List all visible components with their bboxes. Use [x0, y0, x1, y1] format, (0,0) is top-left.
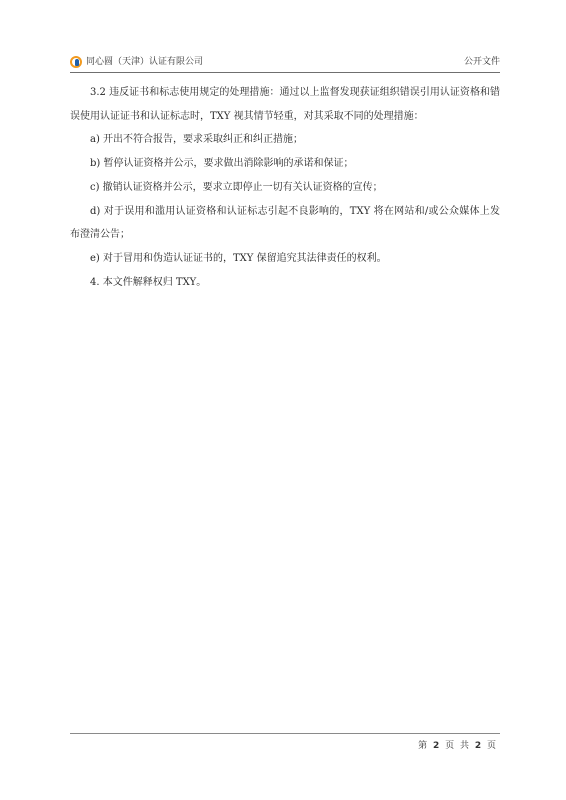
paragraph-4: 4. 本文件解释权归 TXY。: [70, 271, 500, 295]
list-item-b: b) 暂停认证资格并公示，要求做出消除影响的承诺和保证；: [70, 152, 500, 176]
page-mid: 页 共: [445, 741, 469, 751]
paragraph-3-2: 3.2 违反证书和标志使用规定的处理措施：通过以上监督发现获证组织错误引用认证资…: [70, 81, 500, 128]
page-prefix: 第: [418, 741, 427, 751]
current-page: 2: [433, 741, 439, 751]
page-suffix: 页: [487, 741, 496, 751]
page-footer: 第 2 页 共 2 页: [70, 733, 500, 734]
list-item-d: d) 对于误用和滥用认证资格和认证标志引起不良影响的，TXY 将在网站和/或公众…: [70, 200, 500, 247]
logo-inner-figure: [75, 59, 79, 66]
total-pages: 2: [475, 741, 481, 751]
list-item-e: e) 对于冒用和伪造认证证书的，TXY 保留追究其法律责任的权利。: [70, 247, 500, 271]
page-number: 第 2 页 共 2 页: [418, 741, 496, 752]
tongxinyuan-logo-icon: [70, 56, 82, 68]
list-item-a: a) 开出不符合报告，要求采取纠正和纠正措施；: [70, 128, 500, 152]
document-classification: 公开文件: [464, 57, 500, 68]
document-body: 3.2 违反证书和标志使用规定的处理措施：通过以上监督发现获证组织错误引用认证资…: [70, 81, 500, 294]
page-header: 同心圆（天津）认证有限公司 公开文件: [70, 55, 500, 73]
list-item-c: c) 撤销认证资格并公示，要求立即停止一切有关认证资格的宣传；: [70, 176, 500, 200]
company-name: 同心圆（天津）认证有限公司: [86, 57, 203, 68]
